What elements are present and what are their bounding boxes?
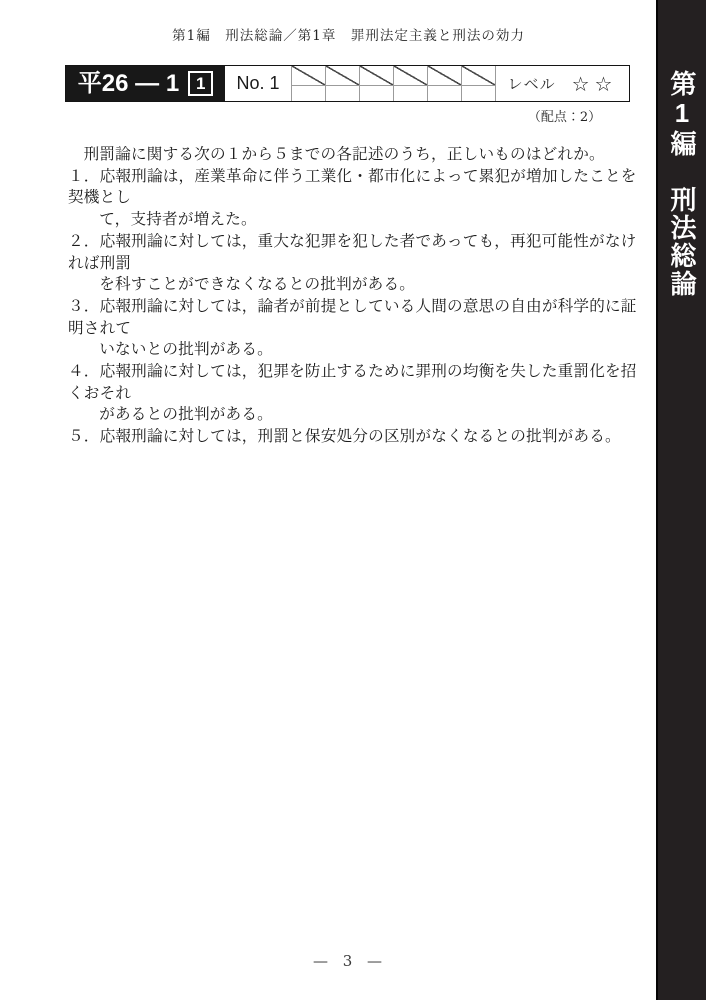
edge-tab: 第1編 刑法総論: [656, 0, 706, 1000]
book-page: 第1編 刑法総論／第1章 罪刑法定主義と刑法の効力 平26 — 1 1 No. …: [0, 0, 706, 1000]
question-header-box: 平26 — 1 1 No. 1 レベル ☆☆: [65, 65, 630, 102]
attempt-cell: [360, 66, 394, 101]
level-stars-icon: ☆☆: [572, 74, 618, 94]
attempt-cell: [394, 66, 428, 101]
question-items: １．応報刑論は，産業革命に伴う工業化・都市化によって累犯が増加したことを契機とし…: [68, 166, 646, 448]
attempt-cell: [292, 66, 326, 101]
choice-line: ３．応報刑論に対しては，論者が前提としている人間の意思の自由が科学的に証明されて: [68, 296, 646, 339]
attempt-cell-blank: [428, 86, 461, 101]
question-stem: 刑罰論に関する次の１から５までの各記述のうち，正しいものはどれか。: [68, 144, 646, 166]
choice-line: ２．応報刑論に対しては，重大な犯罪を犯した者であっても，再犯可能性がなければ刑罰: [68, 231, 646, 274]
attempt-cell: [462, 66, 496, 101]
attempt-cell-blank: [462, 86, 495, 101]
attempt-cell-diagonal: [394, 66, 427, 86]
choice-line: ４．応報刑論に対しては，犯罪を防止するために罪刑の均衡を失した重罰化を招くおそれ: [68, 361, 646, 404]
attempt-cell-diagonal: [292, 66, 325, 86]
choice-line-continuation: いないとの批判がある。: [68, 339, 646, 361]
question-body: 刑罰論に関する次の１から５までの各記述のうち，正しいものはどれか。 １．応報刑論…: [68, 144, 646, 448]
points-label: （配点：2）: [497, 106, 632, 125]
attempt-cell: [326, 66, 360, 101]
attempt-cell: [428, 66, 462, 101]
attempt-cell-diagonal: [462, 66, 495, 86]
attempt-cell-blank: [394, 86, 427, 101]
exam-id-label: 平26 — 1 1: [66, 66, 225, 101]
attempt-cell-blank: [360, 86, 393, 101]
attempt-cell-blank: [326, 86, 359, 101]
attempt-cell-diagonal: [326, 66, 359, 86]
choice-line: １．応報刑論は，産業革命に伴う工業化・都市化によって累犯が増加したことを契機とし: [68, 166, 646, 209]
page-number: — 3 —: [65, 952, 632, 970]
choice-line: ５．応報刑論に対しては，刑罰と保安処分の区別がなくなるとの批判がある。: [68, 426, 646, 448]
running-head: 第1編 刑法総論／第1章 罪刑法定主義と刑法の効力: [65, 24, 632, 44]
choice-line-continuation: を科すことができなくなるとの批判がある。: [68, 274, 646, 296]
edge-tab-label: 第1編 刑法総論: [658, 70, 706, 298]
choice-line-continuation: て，支持者が増えた。: [68, 209, 646, 231]
choice-line-continuation: があるとの批判がある。: [68, 404, 646, 426]
level-section: レベル ☆☆: [496, 66, 629, 101]
attempt-record-cells: [291, 66, 496, 101]
exam-id-text: 平26 — 1: [78, 72, 179, 96]
attempt-cell-diagonal: [360, 66, 393, 86]
exam-sub-number-box: 1: [188, 71, 213, 96]
attempt-cell-diagonal: [428, 66, 461, 86]
question-number-label: No. 1: [225, 66, 291, 101]
attempt-cell-blank: [292, 86, 325, 101]
level-label: レベル: [508, 73, 556, 94]
